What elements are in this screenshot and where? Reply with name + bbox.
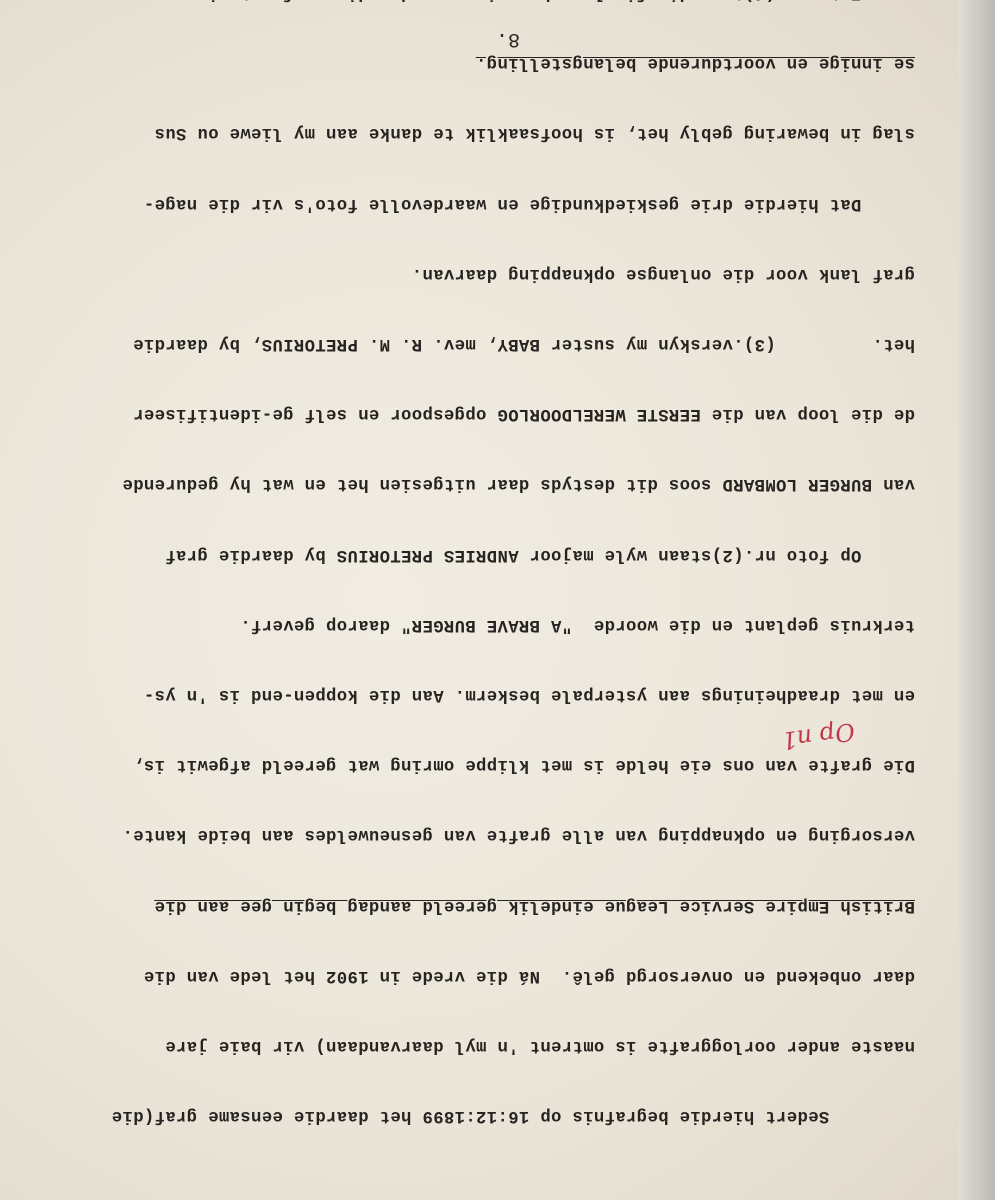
text-line: British Empire Service League eindelik g…: [35, 893, 915, 916]
typewritten-body: Sedert hierdie begrafnis op 16:12:1899 h…: [35, 0, 915, 1174]
text-line: daar onbekend en onversorgd gelê. Ná die…: [35, 963, 915, 986]
text-line: Dat hierdie drie geskiedkundige en waard…: [35, 191, 915, 214]
text-line: terkruis geplant en die woorde "A BRAVE …: [35, 612, 915, 635]
rotated-document: Sedert hierdie begrafnis op 16:12:1899 h…: [0, 0, 960, 1200]
text-line: Foto nr.(4)toon die finale opknapping va…: [35, 0, 915, 4]
text-line: se innige en voortdurende belangstelling…: [35, 51, 915, 74]
scanner-margin: [958, 0, 995, 1200]
text-line: Op foto nr.(2)staan wyle majoor ANDRIES …: [35, 542, 915, 565]
text-line: naaste ander oorloggrafte is omtrent 'n …: [35, 1034, 915, 1057]
page-number: 8.: [496, 27, 520, 50]
text-line: slag in bewaring gebly het, is hoofsaakl…: [35, 121, 915, 144]
text-line: van BURGER LOMBARD soos dit destyds daar…: [35, 472, 915, 495]
text-line: graf lank voor die onlangse opknapping d…: [35, 261, 915, 284]
text-line: Sedert hierdie begrafnis op 16:12:1899 h…: [35, 1104, 915, 1127]
text-line: en met draadheinings aan ysterpale beske…: [35, 683, 915, 706]
text-line: het. (3).verskyn my suster BABY, mev. R.…: [35, 332, 915, 355]
text-line: de die loop van die EERSTE WERELDOORLOG …: [35, 402, 915, 425]
text-line: Die grafte van ons eie helde is met klip…: [35, 753, 915, 776]
text-line: versorging en opknapping van alle grafte…: [35, 823, 915, 846]
